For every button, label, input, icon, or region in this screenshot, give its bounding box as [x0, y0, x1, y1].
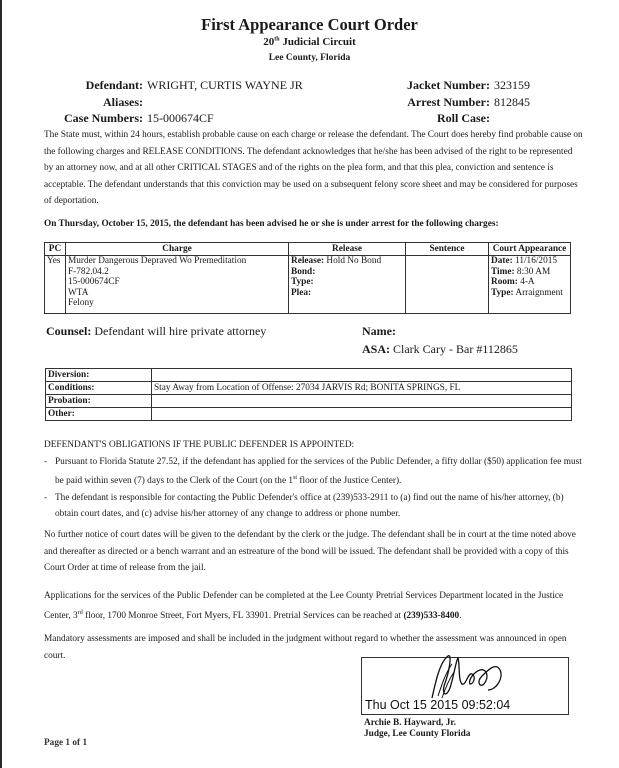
- charge-code: WTA: [68, 288, 286, 299]
- signature-box: Thu Oct 15 2015 09:52:04: [361, 657, 569, 715]
- arrest-number-value: 812845: [494, 95, 530, 109]
- charge-description: Murder Dangerous Depraved Wo Premeditati…: [68, 256, 286, 267]
- asa-value: Clark Cary - Bar #112865: [393, 342, 518, 356]
- date-label: Date:: [491, 256, 513, 266]
- intro-paragraph: The State must, within 24 hours, establi…: [44, 127, 584, 210]
- jacket-number-value: 323159: [494, 78, 530, 92]
- name-row: Name:: [362, 324, 396, 339]
- table-row: Yes Murder Dangerous Depraved Wo Premedi…: [45, 256, 571, 314]
- judge-block: Archie B. Hayward, Jr. Judge, Lee County…: [364, 718, 470, 740]
- aliases-label: Aliases:: [19, 95, 143, 110]
- pc-cell: Yes: [45, 256, 66, 314]
- applications-paragraph: Applications for the services of the Pub…: [44, 588, 584, 624]
- aliases-row: Aliases:: [19, 95, 147, 110]
- obligations-section: DEFENDANT'S OBLIGATIONS IF THE PUBLIC DE…: [44, 437, 584, 523]
- appearance-type-value: Arraignment: [515, 288, 563, 298]
- bond-label: Bond:: [291, 267, 315, 277]
- page-number: Page 1 of 1: [44, 738, 87, 748]
- pretrial-phone: (239)533-8400: [403, 611, 459, 621]
- counsel-value: Defendant will hire private attorney: [94, 324, 266, 338]
- appearance-type-label: Type:: [491, 288, 514, 298]
- document-title: First Appearance Court Order: [0, 15, 619, 35]
- other-value: [152, 408, 572, 421]
- circuit-text: Judicial Circuit: [280, 36, 356, 48]
- diversion-value: [152, 369, 572, 382]
- header-court-appearance: Court Appearance: [489, 243, 571, 256]
- conditions-table: Diversion: Conditions: Stay Away from Lo…: [45, 368, 572, 421]
- county-heading: Lee County, Florida: [0, 53, 619, 63]
- room-label: Room:: [491, 277, 518, 287]
- table-row: Other:: [46, 408, 572, 421]
- sentence-cell: [406, 256, 489, 314]
- case-numbers-label: Case Numbers:: [19, 111, 143, 126]
- roll-case-label: Roll Case:: [372, 111, 490, 126]
- header-release: Release: [289, 243, 406, 256]
- header-charge: Charge: [66, 243, 289, 256]
- release-label: Release:: [291, 256, 324, 266]
- arrest-statement: On Thursday, October 15, 2015, the defen…: [44, 216, 584, 233]
- time-value: 8:30 AM: [517, 267, 550, 277]
- obligations-heading: DEFENDANT'S OBLIGATIONS IF THE PUBLIC DE…: [44, 437, 584, 454]
- charge-level: Felony: [68, 298, 286, 309]
- counsel-row: Counsel: Defendant will hire private att…: [46, 324, 266, 339]
- charges-table: PC Charge Release Sentence Court Appeara…: [44, 242, 571, 314]
- case-numbers-row: Case Numbers:15-000674CF: [19, 111, 214, 126]
- charge-statute: F-782.04.2: [68, 267, 286, 278]
- judge-title: Judge, Lee County Florida: [364, 729, 470, 740]
- asa-label: ASA:: [362, 342, 390, 356]
- release-cell: Release: Hold No Bond Bond: Type: Plea:: [289, 256, 406, 314]
- conditions-label: Conditions:: [46, 382, 152, 395]
- jacket-number-row: Jacket Number:323159: [372, 78, 530, 93]
- other-label: Other:: [46, 408, 152, 421]
- charge-cell: Murder Dangerous Depraved Wo Premeditati…: [66, 256, 289, 314]
- circuit-heading: 20th Judicial Circuit: [0, 36, 619, 48]
- notice-paragraph: No further notice of court dates will be…: [44, 527, 584, 577]
- list-item: Pursuant to Florida Statute 27.52, if th…: [44, 454, 584, 490]
- applications-text-2: floor, 1700 Monroe Street, Fort Myers, F…: [83, 611, 404, 621]
- plea-label: Plea:: [291, 288, 311, 298]
- charge-case-number: 15-000674CF: [68, 277, 286, 288]
- charges-header-row: PC Charge Release Sentence Court Appeara…: [45, 243, 571, 256]
- arrest-number-label: Arrest Number:: [372, 95, 490, 110]
- time-label: Time:: [491, 267, 515, 277]
- applications-end: .: [459, 611, 461, 621]
- defendant-label: Defendant:: [19, 78, 143, 93]
- circuit-number: 20: [263, 36, 274, 48]
- probation-label: Probation:: [46, 395, 152, 408]
- scan-edge: [0, 0, 2, 768]
- case-numbers-value: 15-000674CF: [147, 111, 214, 125]
- probation-value: [152, 395, 572, 408]
- release-value: Hold No Bond: [326, 256, 381, 266]
- header-sentence: Sentence: [406, 243, 489, 256]
- roll-case-row: Roll Case:: [372, 111, 494, 126]
- date-value: 11/16/2015: [515, 256, 557, 266]
- court-appearance-cell: Date: 11/16/2015 Time: 8:30 AM Room: 4-A…: [489, 256, 571, 314]
- obligations-list: Pursuant to Florida Statute 27.52, if th…: [44, 454, 584, 523]
- name-label: Name:: [362, 324, 396, 338]
- header-pc: PC: [45, 243, 66, 256]
- type-label: Type:: [291, 277, 314, 287]
- jacket-number-label: Jacket Number:: [372, 78, 490, 93]
- signature-timestamp: Thu Oct 15 2015 09:52:04: [365, 698, 510, 712]
- table-row: Diversion:: [46, 369, 572, 382]
- judge-name: Archie B. Hayward, Jr.: [364, 718, 470, 729]
- conditions-value: Stay Away from Location of Offense: 2703…: [152, 382, 572, 395]
- signature-icon: [422, 650, 512, 705]
- room-value: 4-A: [520, 277, 534, 287]
- counsel-label: Counsel:: [46, 324, 91, 338]
- arrest-number-row: Arrest Number:812845: [372, 95, 530, 110]
- table-row: Probation:: [46, 395, 572, 408]
- obligation-text-end: floor of the Justice Center).: [297, 476, 401, 486]
- table-row: Conditions: Stay Away from Location of O…: [46, 382, 572, 395]
- asa-row: ASA: Clark Cary - Bar #112865: [362, 342, 518, 357]
- diversion-label: Diversion:: [46, 369, 152, 382]
- list-item: The defendant is responsible for contact…: [44, 490, 584, 523]
- defendant-row: Defendant:WRIGHT, CURTIS WAYNE JR: [19, 78, 303, 93]
- defendant-value: WRIGHT, CURTIS WAYNE JR: [147, 78, 303, 92]
